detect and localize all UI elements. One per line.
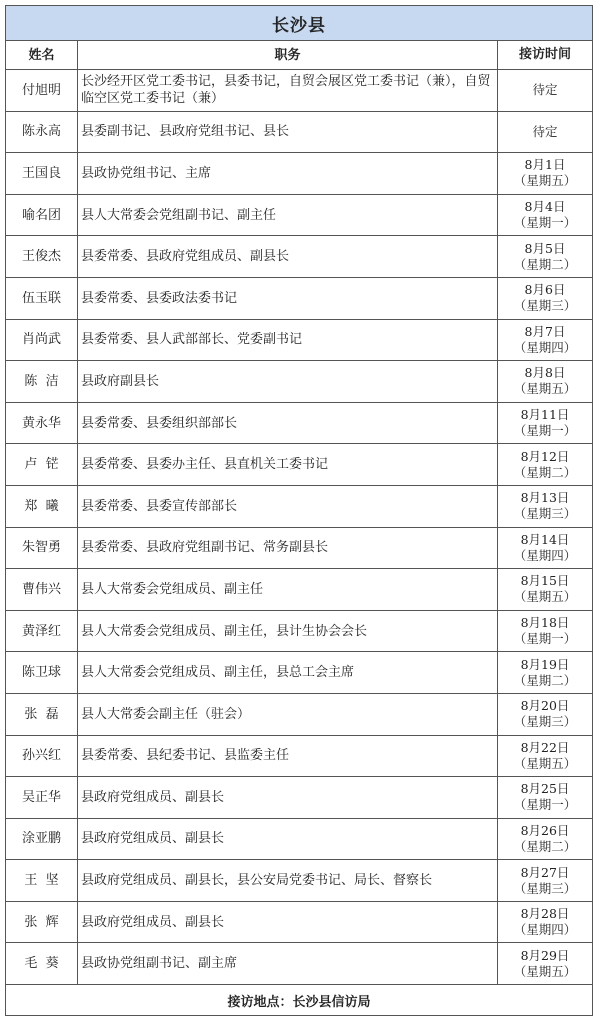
reception-weekday: （星期二） bbox=[514, 257, 577, 273]
reception-weekday: （星期一） bbox=[514, 797, 577, 813]
reception-date: 8月5日 bbox=[525, 241, 566, 257]
table-row: 王俊杰 县委常委、县政府党组成员、副县长 8月5日 （星期二） bbox=[6, 236, 592, 278]
official-duty: 县政府党组成员、副县长 bbox=[78, 902, 498, 943]
reception-date: 8月26日 bbox=[521, 823, 570, 839]
reception-date: 8月15日 bbox=[521, 573, 570, 589]
table-row: 张 辉 县政府党组成员、副县长 8月28日 （星期四） bbox=[6, 902, 592, 944]
official-name: 黄泽红 bbox=[6, 611, 78, 652]
reception-date: 待定 bbox=[532, 124, 557, 140]
reception-time: 8月27日 （星期三） bbox=[498, 860, 592, 901]
official-duty: 县委常委、县政府党组副书记、常务副县长 bbox=[78, 528, 498, 569]
reception-time: 8月29日 （星期五） bbox=[498, 943, 592, 984]
reception-time: 8月19日 （星期二） bbox=[498, 652, 592, 693]
reception-date: 8月25日 bbox=[521, 781, 570, 797]
reception-weekday: （星期三） bbox=[514, 881, 577, 897]
reception-time: 8月20日 （星期三） bbox=[498, 694, 592, 735]
table-row: 毛 葵 县政协党组副书记、副主席 8月29日 （星期五） bbox=[6, 943, 592, 985]
reception-date: 8月29日 bbox=[521, 948, 570, 964]
reception-date: 待定 bbox=[532, 82, 557, 98]
reception-weekday: （星期三） bbox=[514, 506, 577, 522]
reception-date: 8月8日 bbox=[525, 365, 566, 381]
official-duty: 县政府党组成员、副县长 bbox=[78, 777, 498, 818]
table-row: 王国良 县政协党组书记、主席 8月1日 （星期五） bbox=[6, 153, 592, 195]
official-duty: 县人大常委会党组成员、副主任，县计生协会会长 bbox=[78, 611, 498, 652]
reception-time: 8月12日 （星期二） bbox=[498, 444, 592, 485]
official-duty: 县委常委、县委宣传部部长 bbox=[78, 486, 498, 527]
reception-date: 8月4日 bbox=[525, 199, 566, 215]
table-row: 黄永华 县委常委、县委组织部部长 8月11日 （星期一） bbox=[6, 403, 592, 445]
column-header-name: 姓名 bbox=[6, 41, 78, 69]
official-duty: 县委常委、县委政法委书记 bbox=[78, 278, 498, 319]
reception-date: 8月27日 bbox=[521, 865, 570, 881]
reception-weekday: （星期五） bbox=[514, 173, 577, 189]
reception-time: 8月6日 （星期三） bbox=[498, 278, 592, 319]
official-duty: 县人大常委会党组成员、副主任，县总工会主席 bbox=[78, 652, 498, 693]
official-name: 卢 铓 bbox=[6, 444, 78, 485]
reception-date: 8月20日 bbox=[521, 698, 570, 714]
official-name: 毛 葵 bbox=[6, 943, 78, 984]
official-duty: 县委常委、县人武部部长、党委副书记 bbox=[78, 320, 498, 361]
reception-weekday: （星期二） bbox=[514, 839, 577, 855]
reception-time: 8月11日 （星期一） bbox=[498, 403, 592, 444]
reception-time: 8月5日 （星期二） bbox=[498, 236, 592, 277]
official-name: 陈永高 bbox=[6, 112, 78, 153]
reception-schedule-table: 长沙县 姓名 职务 接访时间 付旭明 长沙经开区党工委书记，县委书记，自贸会展区… bbox=[5, 5, 593, 1016]
reception-weekday: （星期五） bbox=[514, 589, 577, 605]
reception-time: 8月28日 （星期四） bbox=[498, 902, 592, 943]
reception-time: 8月18日 （星期一） bbox=[498, 611, 592, 652]
table-row: 陈卫球 县人大常委会党组成员、副主任，县总工会主席 8月19日 （星期二） bbox=[6, 652, 592, 694]
table-row: 吴正华 县政府党组成员、副县长 8月25日 （星期一） bbox=[6, 777, 592, 819]
reception-date: 8月6日 bbox=[525, 282, 566, 298]
reception-date: 8月14日 bbox=[521, 532, 570, 548]
official-name: 王国良 bbox=[6, 153, 78, 194]
table-row: 张 磊 县人大常委会副主任（驻会） 8月20日 （星期三） bbox=[6, 694, 592, 736]
reception-date: 8月1日 bbox=[525, 157, 566, 173]
official-name: 王俊杰 bbox=[6, 236, 78, 277]
official-name: 张 磊 bbox=[6, 694, 78, 735]
official-duty: 县政府党组成员、副县长 bbox=[78, 819, 498, 860]
reception-date: 8月28日 bbox=[521, 906, 570, 922]
official-name: 涂亚鹏 bbox=[6, 819, 78, 860]
table-row: 卢 铓 县委常委、县委办主任、县直机关工委书记 8月12日 （星期二） bbox=[6, 444, 592, 486]
table-row: 陈 洁 县政府副县长 8月8日 （星期五） bbox=[6, 361, 592, 403]
reception-date: 8月13日 bbox=[521, 490, 570, 506]
reception-date: 8月19日 bbox=[521, 657, 570, 673]
table-row: 肖尚武 县委常委、县人武部部长、党委副书记 8月7日 （星期四） bbox=[6, 320, 592, 362]
official-duty: 县政府党组成员、副县长，县公安局党委书记、局长、督察长 bbox=[78, 860, 498, 901]
reception-time: 待定 bbox=[498, 112, 592, 153]
table-row: 付旭明 长沙经开区党工委书记，县委书记，自贸会展区党工委书记（兼），自贸临空区党… bbox=[6, 70, 592, 112]
reception-date: 8月11日 bbox=[521, 407, 570, 423]
reception-weekday: （星期五） bbox=[514, 964, 577, 980]
official-duty: 县委常委、县委办主任、县直机关工委书记 bbox=[78, 444, 498, 485]
reception-weekday: （星期五） bbox=[514, 381, 577, 397]
reception-weekday: （星期三） bbox=[514, 298, 577, 314]
table-row: 郑 曦 县委常委、县委宣传部部长 8月13日 （星期三） bbox=[6, 486, 592, 528]
table-row: 孙兴红 县委常委、县纪委书记、县监委主任 8月22日 （星期五） bbox=[6, 736, 592, 778]
table-body: 付旭明 长沙经开区党工委书记，县委书记，自贸会展区党工委书记（兼），自贸临空区党… bbox=[6, 70, 592, 985]
official-name: 喻名团 bbox=[6, 195, 78, 236]
reception-weekday: （星期二） bbox=[514, 673, 577, 689]
reception-time: 8月14日 （星期四） bbox=[498, 528, 592, 569]
reception-time: 8月1日 （星期五） bbox=[498, 153, 592, 194]
table-title: 长沙县 bbox=[6, 6, 592, 41]
column-header-row: 姓名 职务 接访时间 bbox=[6, 41, 592, 70]
table-row: 王 坚 县政府党组成员、副县长，县公安局党委书记、局长、督察长 8月27日 （星… bbox=[6, 860, 592, 902]
official-duty: 县政府副县长 bbox=[78, 361, 498, 402]
reception-date: 8月18日 bbox=[521, 615, 570, 631]
reception-time: 8月15日 （星期五） bbox=[498, 569, 592, 610]
column-header-duty: 职务 bbox=[78, 41, 498, 69]
official-duty: 县委常委、县政府党组成员、副县长 bbox=[78, 236, 498, 277]
reception-weekday: （星期一） bbox=[514, 215, 577, 231]
reception-time: 待定 bbox=[498, 70, 592, 111]
reception-weekday: （星期四） bbox=[514, 548, 577, 564]
official-name: 陈 洁 bbox=[6, 361, 78, 402]
table-row: 涂亚鹏 县政府党组成员、副县长 8月26日 （星期二） bbox=[6, 819, 592, 861]
official-name: 朱智勇 bbox=[6, 528, 78, 569]
reception-weekday: （星期四） bbox=[514, 340, 577, 356]
table-row: 喻名团 县人大常委会党组副书记、副主任 8月4日 （星期一） bbox=[6, 195, 592, 237]
official-name: 黄永华 bbox=[6, 403, 78, 444]
reception-time: 8月13日 （星期三） bbox=[498, 486, 592, 527]
reception-time: 8月25日 （星期一） bbox=[498, 777, 592, 818]
official-duty: 县人大常委会党组成员、副主任 bbox=[78, 569, 498, 610]
official-name: 陈卫球 bbox=[6, 652, 78, 693]
reception-date: 8月22日 bbox=[521, 740, 570, 756]
reception-weekday: （星期二） bbox=[514, 465, 577, 481]
reception-date: 8月12日 bbox=[521, 449, 570, 465]
official-name: 王 坚 bbox=[6, 860, 78, 901]
official-name: 吴正华 bbox=[6, 777, 78, 818]
reception-weekday: （星期一） bbox=[514, 631, 577, 647]
reception-date: 8月7日 bbox=[525, 324, 566, 340]
table-row: 黄泽红 县人大常委会党组成员、副主任，县计生协会会长 8月18日 （星期一） bbox=[6, 611, 592, 653]
table-row: 伍玉联 县委常委、县委政法委书记 8月6日 （星期三） bbox=[6, 278, 592, 320]
official-duty: 县委副书记、县政府党组书记、县长 bbox=[78, 112, 498, 153]
official-duty: 县委常委、县委组织部部长 bbox=[78, 403, 498, 444]
reception-time: 8月8日 （星期五） bbox=[498, 361, 592, 402]
official-name: 肖尚武 bbox=[6, 320, 78, 361]
official-duty: 县政协党组书记、主席 bbox=[78, 153, 498, 194]
official-name: 伍玉联 bbox=[6, 278, 78, 319]
official-name: 付旭明 bbox=[6, 70, 78, 111]
official-name: 曹伟兴 bbox=[6, 569, 78, 610]
official-duty: 县人大常委会副主任（驻会） bbox=[78, 694, 498, 735]
reception-location: 接访地点：长沙县信访局 bbox=[6, 985, 592, 1016]
official-name: 孙兴红 bbox=[6, 736, 78, 777]
official-duty: 县委常委、县纪委书记、县监委主任 bbox=[78, 736, 498, 777]
column-header-time: 接访时间 bbox=[498, 41, 592, 69]
reception-weekday: （星期三） bbox=[514, 714, 577, 730]
table-row: 曹伟兴 县人大常委会党组成员、副主任 8月15日 （星期五） bbox=[6, 569, 592, 611]
official-name: 郑 曦 bbox=[6, 486, 78, 527]
table-row: 陈永高 县委副书记、县政府党组书记、县长 待定 bbox=[6, 112, 592, 154]
reception-weekday: （星期一） bbox=[514, 423, 577, 439]
official-duty: 长沙经开区党工委书记，县委书记，自贸会展区党工委书记（兼），自贸临空区党工委书记… bbox=[78, 70, 498, 111]
official-duty: 县政协党组副书记、副主席 bbox=[78, 943, 498, 984]
reception-time: 8月22日 （星期五） bbox=[498, 736, 592, 777]
reception-weekday: （星期五） bbox=[514, 756, 577, 772]
reception-weekday: （星期四） bbox=[514, 922, 577, 938]
table-row: 朱智勇 县委常委、县政府党组副书记、常务副县长 8月14日 （星期四） bbox=[6, 528, 592, 570]
reception-time: 8月4日 （星期一） bbox=[498, 195, 592, 236]
reception-time: 8月7日 （星期四） bbox=[498, 320, 592, 361]
reception-time: 8月26日 （星期二） bbox=[498, 819, 592, 860]
official-name: 张 辉 bbox=[6, 902, 78, 943]
official-duty: 县人大常委会党组副书记、副主任 bbox=[78, 195, 498, 236]
